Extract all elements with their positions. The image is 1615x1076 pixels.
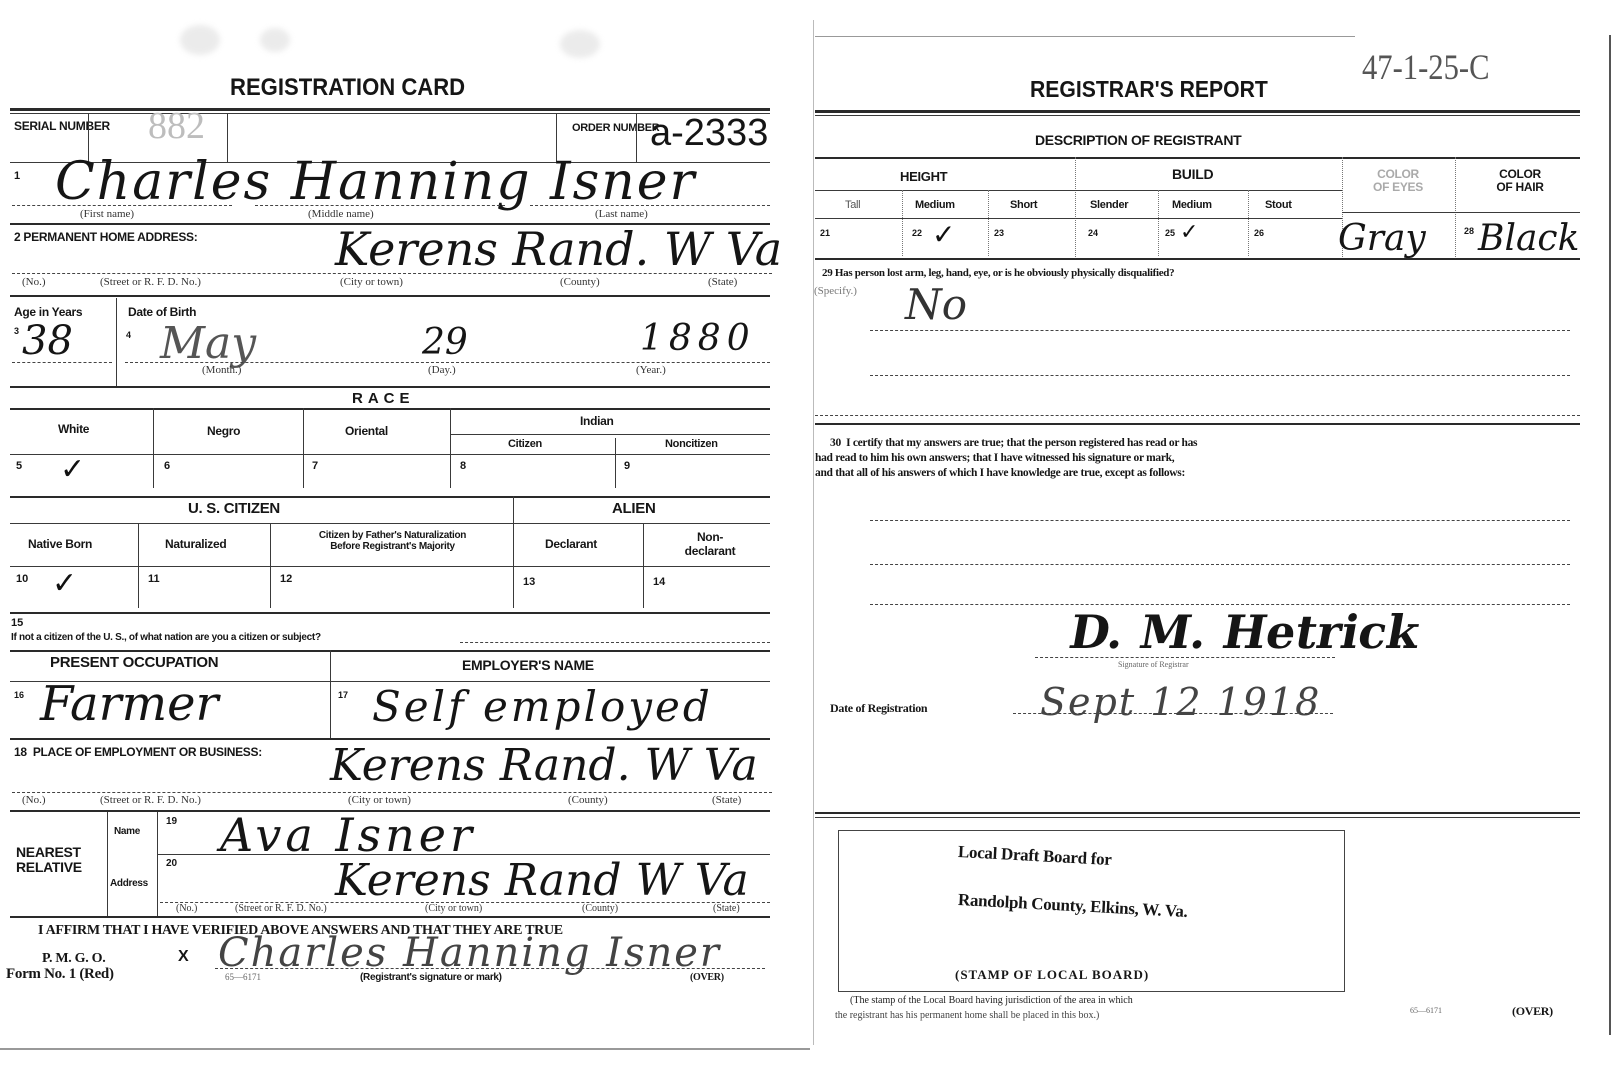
field-number: 3 xyxy=(14,326,19,336)
field-number: 9 xyxy=(624,460,630,472)
field-number: 21 xyxy=(820,228,830,238)
alien-col-nondeclarant: Non-declarant xyxy=(675,530,745,558)
relative-address-label: Address xyxy=(110,878,148,889)
divider xyxy=(1342,212,1580,213)
over-label: (OVER) xyxy=(690,972,724,983)
field-number: 15 xyxy=(11,617,23,629)
card-separator xyxy=(813,20,814,1045)
divider xyxy=(513,496,514,608)
city-label: (City or town) xyxy=(340,276,403,288)
divider xyxy=(10,650,770,652)
form-number: Form No. 1 (Red) xyxy=(6,966,114,983)
divider xyxy=(815,218,1342,219)
divider xyxy=(988,190,989,256)
field-number: 26 xyxy=(1254,228,1264,238)
alien-col-declarant: Declarant xyxy=(545,537,597,551)
height-heading: HEIGHT xyxy=(900,169,947,184)
over-label: (OVER) xyxy=(1512,1004,1553,1019)
specify-label: (Specify.) xyxy=(814,285,857,297)
description-heading: DESCRIPTION OF REGISTRANT xyxy=(1035,132,1241,148)
field-number: 12 xyxy=(280,573,292,585)
state-label: (State) xyxy=(708,276,737,288)
county-label: (County) xyxy=(560,276,600,288)
field-number: 19 xyxy=(166,816,177,827)
paper-smudge xyxy=(180,25,220,55)
divider xyxy=(10,612,770,614)
build-heading: BUILD xyxy=(1172,166,1213,182)
disqualified-question: 29 Has person lost arm, leg, hand, eye, … xyxy=(822,267,1174,279)
birth-day: 29 xyxy=(422,322,468,363)
occupation-heading: PRESENT OCCUPATION xyxy=(50,654,218,671)
hair-color-value: Black xyxy=(1478,218,1579,259)
stamp-code: 47-1-25-C xyxy=(1362,46,1489,88)
height-col-short: Short xyxy=(1010,199,1037,211)
divider xyxy=(330,650,331,738)
last-name-label: (Last name) xyxy=(595,208,648,220)
street-label: (Street or R. F. D. No.) xyxy=(100,794,201,806)
date-of-registration-value: Sept 12 1918 xyxy=(1040,680,1321,724)
field-number: 25 xyxy=(1165,228,1175,238)
relative-address-value: Kerens Rand W Va xyxy=(335,855,749,906)
certification-line-1: 30 I certify that my answers are true; t… xyxy=(830,437,1197,449)
field-number: 13 xyxy=(523,576,535,588)
form-code: 65—6171 xyxy=(1410,1006,1442,1015)
divider xyxy=(815,115,1580,116)
birth-year: 1880 xyxy=(640,318,756,359)
card-right-edge xyxy=(1609,35,1611,1035)
paper-smudge xyxy=(560,30,600,58)
dotted-line xyxy=(870,375,1570,376)
field-number: 17 xyxy=(338,690,348,700)
field-number: 24 xyxy=(1088,228,1098,238)
age-value: 38 xyxy=(22,318,73,364)
dotted-line xyxy=(12,273,772,274)
nationality-question: If not a citizen of the U. S., of what n… xyxy=(11,632,321,643)
divider xyxy=(902,190,903,256)
race-col-negro: Negro xyxy=(207,424,240,438)
first-name-label: (First name) xyxy=(80,208,134,220)
divider xyxy=(450,434,770,435)
race-col-white: White xyxy=(58,422,89,436)
build-col-stout: Stout xyxy=(1265,199,1292,211)
age-label: Age in Years xyxy=(14,305,82,319)
height-col-tall: Tall xyxy=(845,199,860,211)
dotted-line xyxy=(12,792,772,793)
citizen-col-native-born: Native Born xyxy=(28,537,92,551)
dotted-line xyxy=(815,415,1580,416)
employer-value: Self employed xyxy=(372,682,713,731)
native-born-checkbox[interactable]: ✓ xyxy=(52,566,77,601)
serial-number-value: 882 xyxy=(148,104,205,148)
registrar-signature: D. M. Hetrick xyxy=(1065,605,1423,659)
day-label: (Day.) xyxy=(428,364,456,376)
field-number: 6 xyxy=(164,460,170,472)
field-number: 11 xyxy=(148,573,160,585)
divider xyxy=(10,386,770,388)
date-of-registration-label: Date of Registration xyxy=(830,701,927,716)
field-number: 20 xyxy=(166,858,177,869)
indian-noncitizen: Noncitizen xyxy=(665,438,718,450)
street-label: (Street or R. F. D. No.) xyxy=(100,276,201,288)
relative-name-label: Name xyxy=(114,826,140,837)
state-label: (State) xyxy=(712,794,741,806)
occupation-value: Farmer xyxy=(40,676,218,732)
divider xyxy=(1158,190,1159,256)
card-title: REGISTRATION CARD xyxy=(230,74,465,102)
build-medium-checkbox[interactable]: ✓ xyxy=(1180,220,1198,245)
order-number-value: a-2333 xyxy=(650,112,768,155)
dotted-line xyxy=(530,205,770,206)
hair-color-heading: COLOROF HAIR xyxy=(1480,168,1560,194)
divider xyxy=(10,916,770,918)
divider xyxy=(10,408,770,410)
field-number: 4 xyxy=(126,330,131,340)
divider xyxy=(1075,157,1076,257)
field-number: 7 xyxy=(312,460,318,472)
dotted-line xyxy=(1035,657,1335,658)
dotted-line xyxy=(215,968,765,969)
divider xyxy=(815,110,1580,113)
field-number: 8 xyxy=(460,460,466,472)
race-col-indian: Indian xyxy=(580,414,614,428)
field-number: 1 xyxy=(14,170,20,182)
county-label: (County) xyxy=(568,794,608,806)
divider xyxy=(815,812,1580,814)
county-label: (County) xyxy=(582,903,618,914)
registrar-signature-label: Signature of Registrar xyxy=(1118,660,1189,669)
dotted-line xyxy=(460,642,770,643)
divider xyxy=(815,817,1580,818)
build-col-slender: Slender xyxy=(1090,199,1128,211)
serial-number-label: SERIAL NUMBER xyxy=(14,120,89,133)
field-number: 10 xyxy=(16,573,28,585)
certification-line-3: and that all of his answers of which I h… xyxy=(815,467,1185,479)
divider xyxy=(10,566,770,567)
middle-name-label: (Middle name) xyxy=(308,208,374,220)
divider xyxy=(107,812,108,916)
city-label: (City or town) xyxy=(425,903,482,914)
no-label: (No.) xyxy=(176,903,197,914)
divider xyxy=(615,438,616,488)
stamp-caption: (STAMP OF LOCAL BOARD) xyxy=(955,967,1149,983)
no-label: (No.) xyxy=(22,276,46,288)
year-label: (Year.) xyxy=(636,364,666,376)
nearest-relative-label: NEARESTRELATIVE xyxy=(16,845,82,875)
no-label: (No.) xyxy=(22,794,46,806)
divider xyxy=(815,157,1580,159)
place-of-employment-label: 18 PLACE OF EMPLOYMENT OR BUSINESS: xyxy=(14,745,262,759)
indian-citizen: Citizen xyxy=(508,438,542,450)
registrant-name: Charles Hanning Isner xyxy=(55,152,696,212)
certification-line-2: had read to him his own answers; that I … xyxy=(815,452,1174,464)
field-number: 28 xyxy=(1464,226,1474,236)
city-label: (City or town) xyxy=(348,794,411,806)
race-heading: RACE xyxy=(352,390,415,407)
dotted-line xyxy=(870,520,1570,521)
month-label: (Month.) xyxy=(202,364,241,376)
build-col-medium: Medium xyxy=(1172,199,1212,211)
field-number: 22 xyxy=(912,228,922,238)
divider xyxy=(10,295,770,297)
dotted-line xyxy=(255,205,505,206)
registrant-signature: Charles Hanning Isner xyxy=(218,930,721,976)
report-title: REGISTRAR'S REPORT xyxy=(1030,76,1268,103)
street-label: (Street or R. F. D. No.) xyxy=(235,903,327,914)
divider xyxy=(116,298,117,388)
divider xyxy=(1455,157,1456,257)
divider xyxy=(303,408,304,488)
paper-smudge xyxy=(260,28,290,52)
divider xyxy=(157,812,158,916)
dotted-line xyxy=(870,564,1570,565)
divider xyxy=(10,454,770,455)
divider xyxy=(815,423,1580,425)
dob-label: Date of Birth xyxy=(128,305,196,319)
disqualified-value: No xyxy=(905,280,967,329)
divider xyxy=(10,523,770,524)
citizen-col-fathers-naturalization: Citizen by Father's NaturalizationBefore… xyxy=(290,530,495,552)
height-col-medium: Medium xyxy=(915,199,955,211)
race-col-oriental: Oriental xyxy=(345,424,388,438)
field-number: 14 xyxy=(653,576,665,588)
eye-color-heading: COLOROF EYES xyxy=(1358,168,1438,194)
signature-mark: X xyxy=(178,948,188,966)
eye-color-value: Gray xyxy=(1338,218,1426,259)
dotted-line xyxy=(125,362,770,363)
height-medium-checkbox[interactable]: ✓ xyxy=(932,218,955,251)
field-number: 16 xyxy=(14,690,24,700)
order-number-label: ORDER NUMBER xyxy=(572,122,632,134)
alien-heading: ALIEN xyxy=(612,500,656,517)
stamp-note-line-2: the registrant has his permanent home sh… xyxy=(835,1010,1099,1021)
white-checkbox[interactable]: ✓ xyxy=(60,452,85,487)
stamp-note-line-1: (The stamp of the Local Board having jur… xyxy=(850,995,1133,1006)
signature-label: (Registrant's signature or mark) xyxy=(360,972,502,983)
card-top-edge xyxy=(815,36,1355,37)
pmgo-label: P. M. G. O. xyxy=(42,951,105,967)
card-bottom-edge xyxy=(0,1048,810,1050)
form-code: 65—6171 xyxy=(225,972,261,982)
divider xyxy=(153,408,154,488)
dotted-line xyxy=(12,362,112,363)
divider xyxy=(10,108,770,111)
citizen-col-naturalized: Naturalized xyxy=(165,537,226,551)
home-address-value: Kerens Rand. W Va xyxy=(335,222,782,276)
field-number: 23 xyxy=(994,228,1004,238)
employer-heading: EMPLOYER'S NAME xyxy=(462,657,594,673)
state-label: (State) xyxy=(713,903,740,914)
home-address-label: 2 PERMANENT HOME ADDRESS: xyxy=(14,230,197,244)
divider xyxy=(450,408,451,488)
divider xyxy=(10,496,770,498)
divider xyxy=(815,190,1342,191)
divider xyxy=(815,258,1580,260)
dotted-line xyxy=(870,330,1570,331)
place-of-employment-value: Kerens Rand. W Va xyxy=(330,740,758,791)
dotted-line xyxy=(12,205,232,206)
divider xyxy=(1248,190,1249,256)
us-citizen-heading: U. S. CITIZEN xyxy=(188,500,280,517)
field-number: 5 xyxy=(16,460,22,472)
